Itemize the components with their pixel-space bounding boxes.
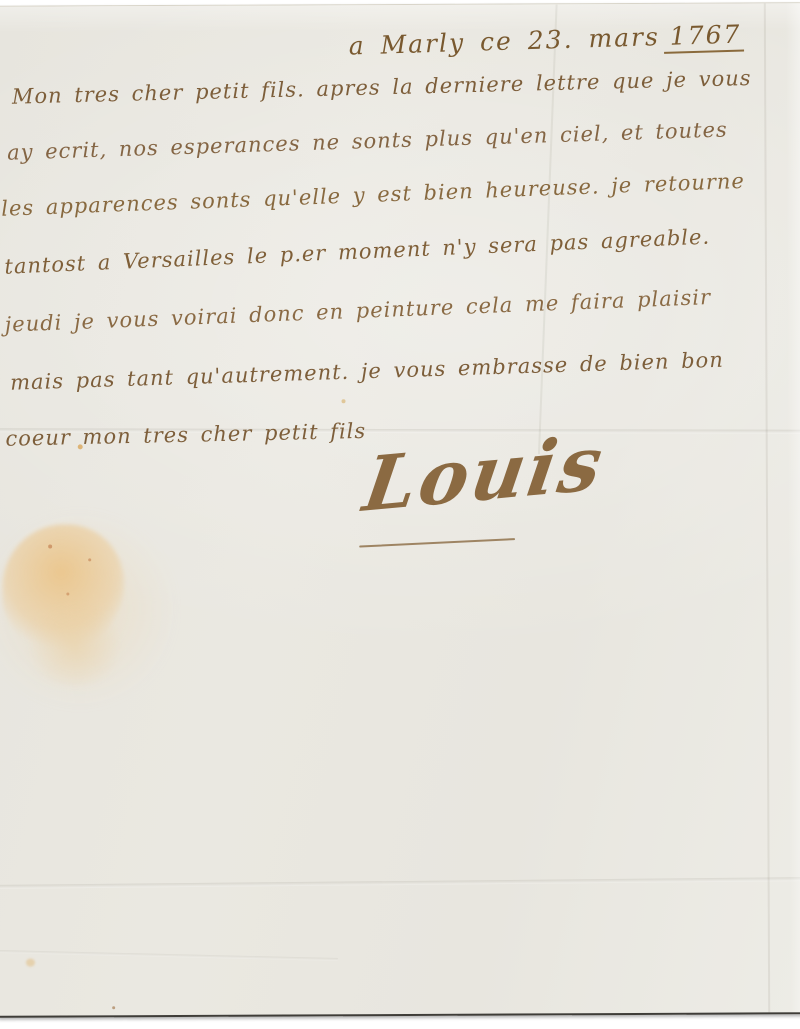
signature-underline (359, 538, 515, 547)
letter-line-4: tantost a Versailles le p.er moment n'y … (4, 225, 711, 279)
letter-line-3: les apparences sonts qu'elle y est bien … (1, 169, 745, 221)
letter-line-6: mais pas tant qu'autrement. je vous embr… (10, 348, 724, 395)
foxing-spot (342, 399, 346, 403)
stain-speck (66, 592, 69, 595)
dateline-place-date: a Marly ce 23. mars (348, 22, 660, 60)
dateline-year-underlined: 1767 (664, 20, 745, 54)
fold-crease-bottom-left (0, 950, 338, 961)
fold-crease-vertical-right (764, 3, 770, 1012)
letter-line-1: Mon tres cher petit fils. apres la derni… (12, 66, 752, 109)
seal-stain (2, 524, 125, 651)
seal-stain-lower (22, 604, 126, 686)
dateline: a Marly ce 23. mars1767 (348, 20, 744, 61)
letter-line-7: coeur mon tres cher petit fils (5, 419, 366, 451)
fold-crease-horizontal-lower (0, 877, 800, 889)
letter-line-5: jeudi je vous voirai donc en peinture ce… (4, 285, 711, 337)
stain-halo (0, 504, 175, 715)
stain-speck (48, 545, 52, 549)
letter-sheet: a Marly ce 23. mars1767 Mon tres cher pe… (0, 2, 800, 1018)
signature: Louis (358, 420, 610, 530)
letter-line-2: ay ecrit, nos esperances ne sonts plus q… (7, 117, 728, 164)
foxing-spot (26, 959, 35, 967)
stain-speck (88, 558, 91, 561)
foxing-spot (112, 1006, 115, 1009)
